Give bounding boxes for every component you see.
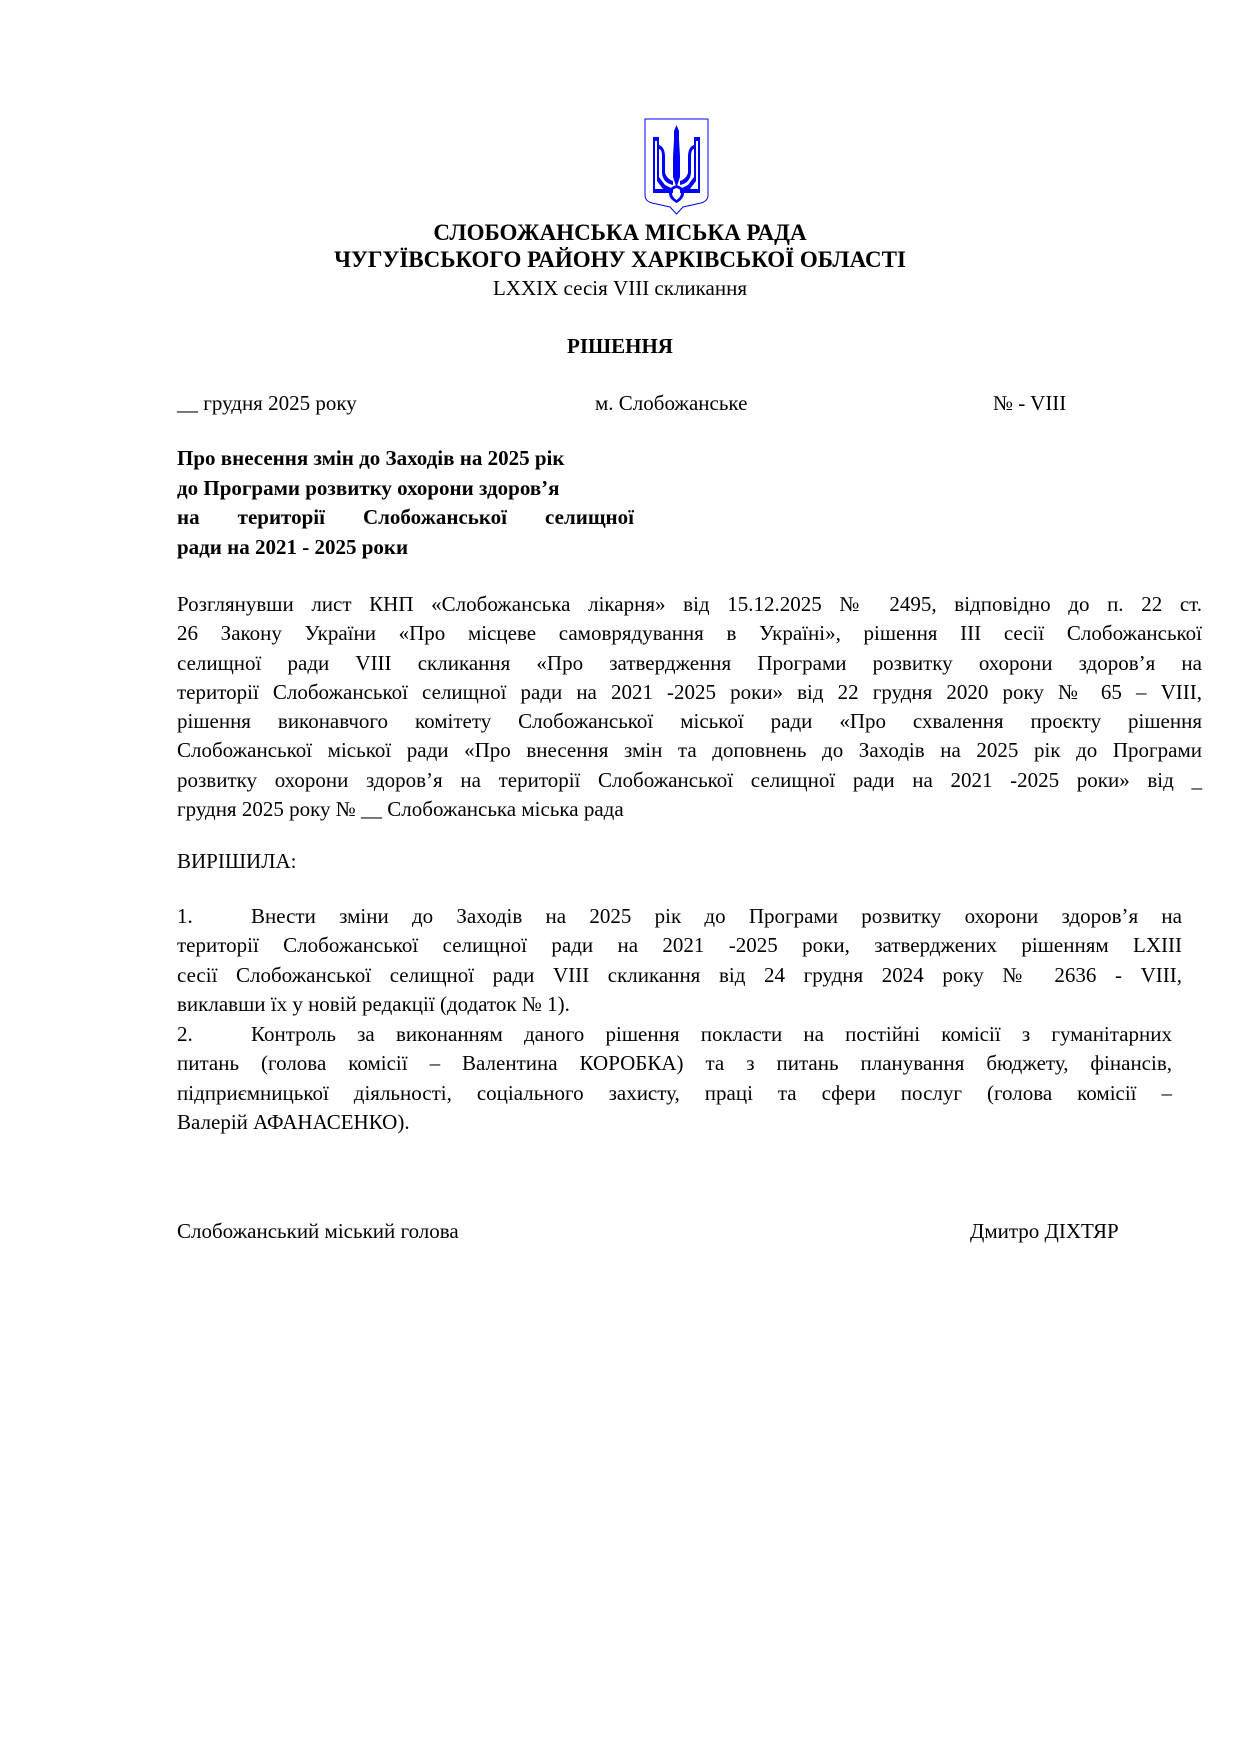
preamble-line: грудня 2025 року № __ Слобожанська міськ…: [177, 795, 1202, 824]
item-number: 1.: [177, 902, 251, 931]
preamble-line: території Слобожанської селищної ради на…: [177, 678, 1202, 707]
item-text: Внести зміни до Заходів на 2025 рік до П…: [251, 904, 1182, 928]
subject-line: ради на 2021 - 2025 роки: [177, 533, 634, 563]
coat-of-arms-of-ukraine-icon: [643, 117, 710, 215]
signatory-name: Дмитро ДІХТЯР: [970, 1218, 1119, 1244]
decision-place: м. Слобожанське: [595, 390, 747, 416]
council-name: СЛОБОЖАНСЬКА МІСЬКА РАДА: [0, 219, 1240, 247]
preamble-paragraph: Розглянувши лист КНП «Слобожанська лікар…: [177, 590, 1202, 824]
item-line: Валерій АФАНАСЕНКО).: [177, 1108, 1172, 1137]
subject-line: Про внесення змін до Заходів на 2025 рік: [177, 444, 634, 474]
item-text: Контроль за виконанням даного рішення по…: [251, 1022, 1172, 1046]
preamble-line: Розглянувши лист КНП «Слобожанська лікар…: [177, 590, 1202, 619]
item-number: 2.: [177, 1020, 251, 1049]
document-page: СЛОБОЖАНСЬКА МІСЬКА РАДА ЧУГУЇВСЬКОГО РА…: [0, 0, 1240, 1754]
decided-label: ВИРІШИЛА:: [177, 848, 296, 874]
preamble-line: розвитку охорони здоров’я на території С…: [177, 766, 1202, 795]
item-line: 2.Контроль за виконанням даного рішення …: [177, 1020, 1172, 1049]
preamble-line: рішення виконавчого комітету Слобожанськ…: [177, 707, 1202, 736]
session-info: LXXIX сесія VIII скликання: [0, 275, 1240, 301]
signatory-position: Слобожанський міський голова: [177, 1218, 459, 1244]
preamble-line: 26 Закону України «Про місцеве самовряду…: [177, 619, 1202, 648]
item-line: території Слобожанської селищної ради на…: [177, 931, 1182, 960]
subject-line: на території Слобожанської селищної: [177, 503, 634, 533]
decision-subject: Про внесення змін до Заходів на 2025 рік…: [177, 444, 634, 562]
subject-line: до Програми розвитку охорони здоров’я: [177, 474, 634, 504]
decision-item-2: 2.Контроль за виконанням даного рішення …: [177, 1020, 1172, 1137]
item-line: 1.Внести зміни до Заходів на 2025 рік до…: [177, 902, 1182, 931]
item-line: питань (голова комісії – Валентина КОРОБ…: [177, 1049, 1172, 1078]
council-region: ЧУГУЇВСЬКОГО РАЙОНУ ХАРКІВСЬКОЇ ОБЛАСТІ: [0, 246, 1240, 274]
item-line: виклавши їх у новій редакції (додаток № …: [177, 990, 1182, 1019]
preamble-line: Слобожанської міської ради «Про внесення…: [177, 736, 1202, 765]
decision-item-1: 1.Внести зміни до Заходів на 2025 рік до…: [177, 902, 1182, 1019]
decision-date: __ грудня 2025 року: [177, 390, 357, 416]
document-type: РІШЕННЯ: [0, 333, 1240, 359]
decision-number: № - VIII: [993, 390, 1066, 416]
item-line: сесії Слобожанської селищної ради VIII с…: [177, 961, 1182, 990]
item-line: підприємницької діяльності, соціального …: [177, 1079, 1172, 1108]
preamble-line: селищної ради VIII скликання «Про затвер…: [177, 649, 1202, 678]
